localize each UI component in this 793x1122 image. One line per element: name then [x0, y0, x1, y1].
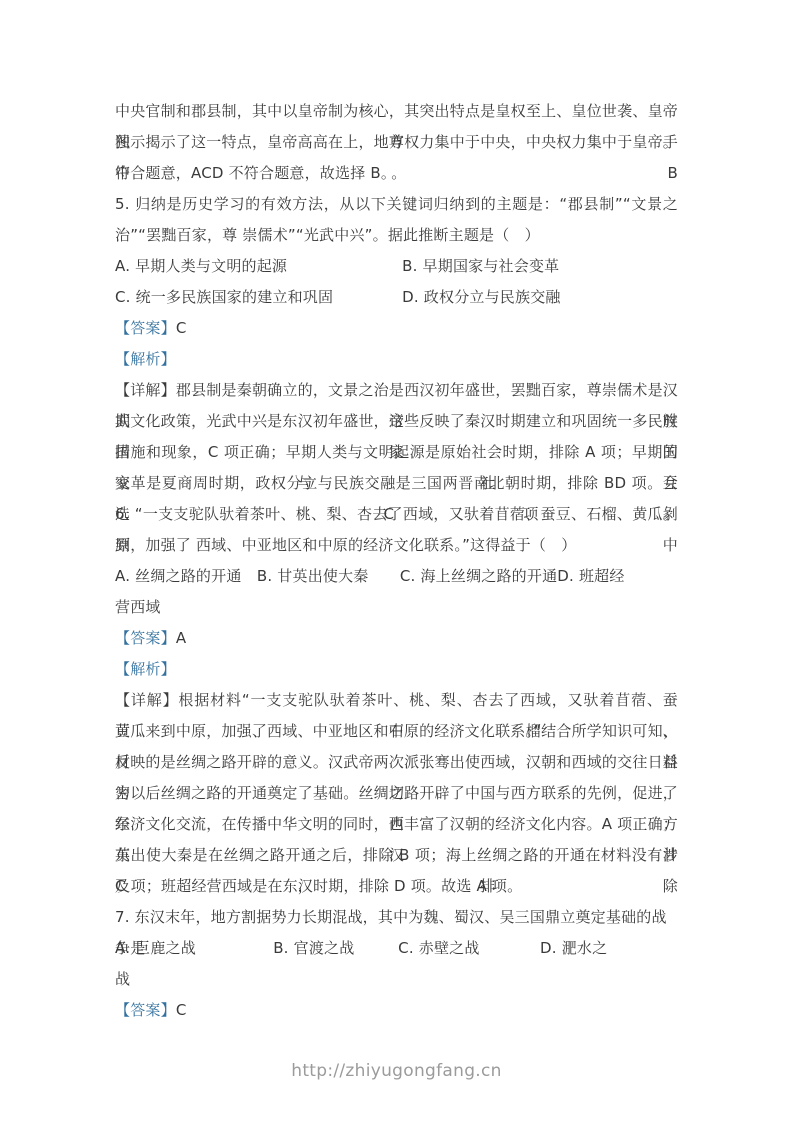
q6-option-a: A. 丝绸之路的开通: [115, 561, 257, 592]
q5-answer-line: 【答案】C: [115, 313, 678, 344]
q5-option-c: C. 统一多民族国家的建立和巩固: [115, 282, 402, 313]
q4-explanation-line: 中央官制和郡县制，其中以皇帝制为核心，其突出特点是皇权至上、皇位世袭、皇帝独尊。: [115, 96, 678, 127]
q7-answer-line: 【答案】C: [115, 995, 678, 1026]
q5-stem-line: 治”“罢黜百家，尊 崇儒术”“光武中兴”。据此推断主题是（ ）: [115, 220, 678, 251]
q5-detail-line: 期文化政策，光武中兴是东汉初年盛世，这些反映了秦汉时期建立和巩固统一多民族国家的: [115, 406, 678, 437]
q7-option-d-wrap: 战: [115, 964, 678, 995]
q6-option-b: B. 甘英出使大秦: [257, 561, 400, 592]
q7-option-c: C. 赤壁之战: [398, 933, 540, 964]
q6-stem-line: 6. “一支支驼队驮着茶叶、桃、梨、杏去了西域，又驮着苜蓿、蚕豆、石榴、黄瓜剶到…: [115, 499, 678, 530]
q7-answer-value: C: [176, 1001, 187, 1019]
q6-answer-value: A: [176, 629, 186, 647]
q6-detail-line: 英出使大秦是在丝绸之路开通之后，排除 B 项；海上丝绸之路的开通在材料没有涉及，…: [115, 840, 678, 871]
q6-detail-line: 为以后丝绸之路的开通奠定了基础。丝绸之路开辟了中国与西方联系的先例，促进了东西方: [115, 778, 678, 809]
q5-options-row-1: A. 早期人类与文明的起源 B. 早期国家与社会变革: [115, 251, 678, 282]
answer-label: 【答案】: [115, 629, 176, 647]
answer-label: 【答案】: [115, 1001, 176, 1019]
document-page: 中央官制和郡县制，其中以皇帝制为核心，其突出特点是皇权至上、皇位世袭、皇帝独尊。…: [0, 0, 793, 1122]
q5-detail-line: 变革是夏商周时期，政权分立与民族交融是三国两晋南北朝时期，排除 BD 项。互选 …: [115, 468, 678, 499]
q6-option-d: D. 班超经: [557, 561, 624, 592]
footer-url: http://zhiyugongfang.cn: [0, 1057, 793, 1085]
q5-analysis-line: 【解析】: [115, 344, 678, 375]
q5-option-d: D. 政权分立与民族交融: [402, 282, 561, 313]
q6-detail-line: 【详解】根据材料“一支支驼队驮着茶叶、桃、梨、杏去了西域，又驮着苜蓿、蚕豆、石榴…: [115, 685, 678, 716]
q7-option-d: D. 淝水之: [540, 933, 607, 964]
q5-detail-line: 【详解】郡县制是秦朝确立的，文景之治是西汉初年盛世，罢黜百家，尊崇儒术是汉武帝时: [115, 375, 678, 406]
q7-option-a: A. 巨鹿之战: [115, 933, 273, 964]
q5-detail-line: 措施和现象，C 项正确；早期人类与文明起源是原始社会时期，排除 A 项；早期国家…: [115, 437, 678, 468]
q5-stem-line: 5. 归纳是历史学习的有效方法，从以下关键词归纳到的主题是：“郡县制”“文景之: [115, 189, 678, 220]
q6-detail-line: 黄瓜来到中原，加强了西域、中亚地区和中原的经济文化联系。”结合所学知识可知，材料: [115, 716, 678, 747]
q6-answer-line: 【答案】A: [115, 623, 678, 654]
q5-answer-value: C: [176, 319, 187, 337]
q6-option-d-wrap: 营西域: [115, 592, 678, 623]
q4-explanation-line: 图示揭示了这一特点，皇帝高高在上，地方权力集中于中央，中央权力集中于皇帝手中。B: [115, 127, 678, 158]
q5-options-row-2: C. 统一多民族国家的建立和巩固 D. 政权分立与民族交融: [115, 282, 678, 313]
q5-option-a: A. 早期人类与文明的起源: [115, 251, 402, 282]
q7-options-row: A. 巨鹿之战 B. 官渡之战 C. 赤壁之战 D. 淝水之: [115, 933, 678, 964]
analysis-label: 【解析】: [115, 660, 176, 678]
q7-stem-line: 7. 东汉末年，地方割据势力长期混战，其中为魏、蜀汉、吴三国鼎立奠定基础的战争是: [115, 902, 678, 933]
q6-options-row: A. 丝绸之路的开通 B. 甘英出使大秦 C. 海上丝绸之路的开通 D. 班超经: [115, 561, 678, 592]
q5-option-b: B. 早期国家与社会变革: [402, 251, 559, 282]
document-content: 中央官制和郡县制，其中以皇帝制为核心，其突出特点是皇权至上、皇位世袭、皇帝独尊。…: [115, 96, 678, 1026]
answer-label: 【答案】: [115, 319, 176, 337]
q6-detail-line: 反映的是丝绸之路开辟的意义。汉武帝两次派张骞出使西域，汉朝和西域的交往日益密切，: [115, 747, 678, 778]
analysis-label: 【解析】: [115, 350, 176, 368]
q6-detail-line: 经济文化交流，在传播中华文明的同时，也丰富了汉朝的经济文化内容。A 项正确；东汉…: [115, 809, 678, 840]
q6-option-c: C. 海上丝绸之路的开通: [400, 561, 557, 592]
q6-analysis-line: 【解析】: [115, 654, 678, 685]
q7-option-b: B. 官渡之战: [273, 933, 398, 964]
